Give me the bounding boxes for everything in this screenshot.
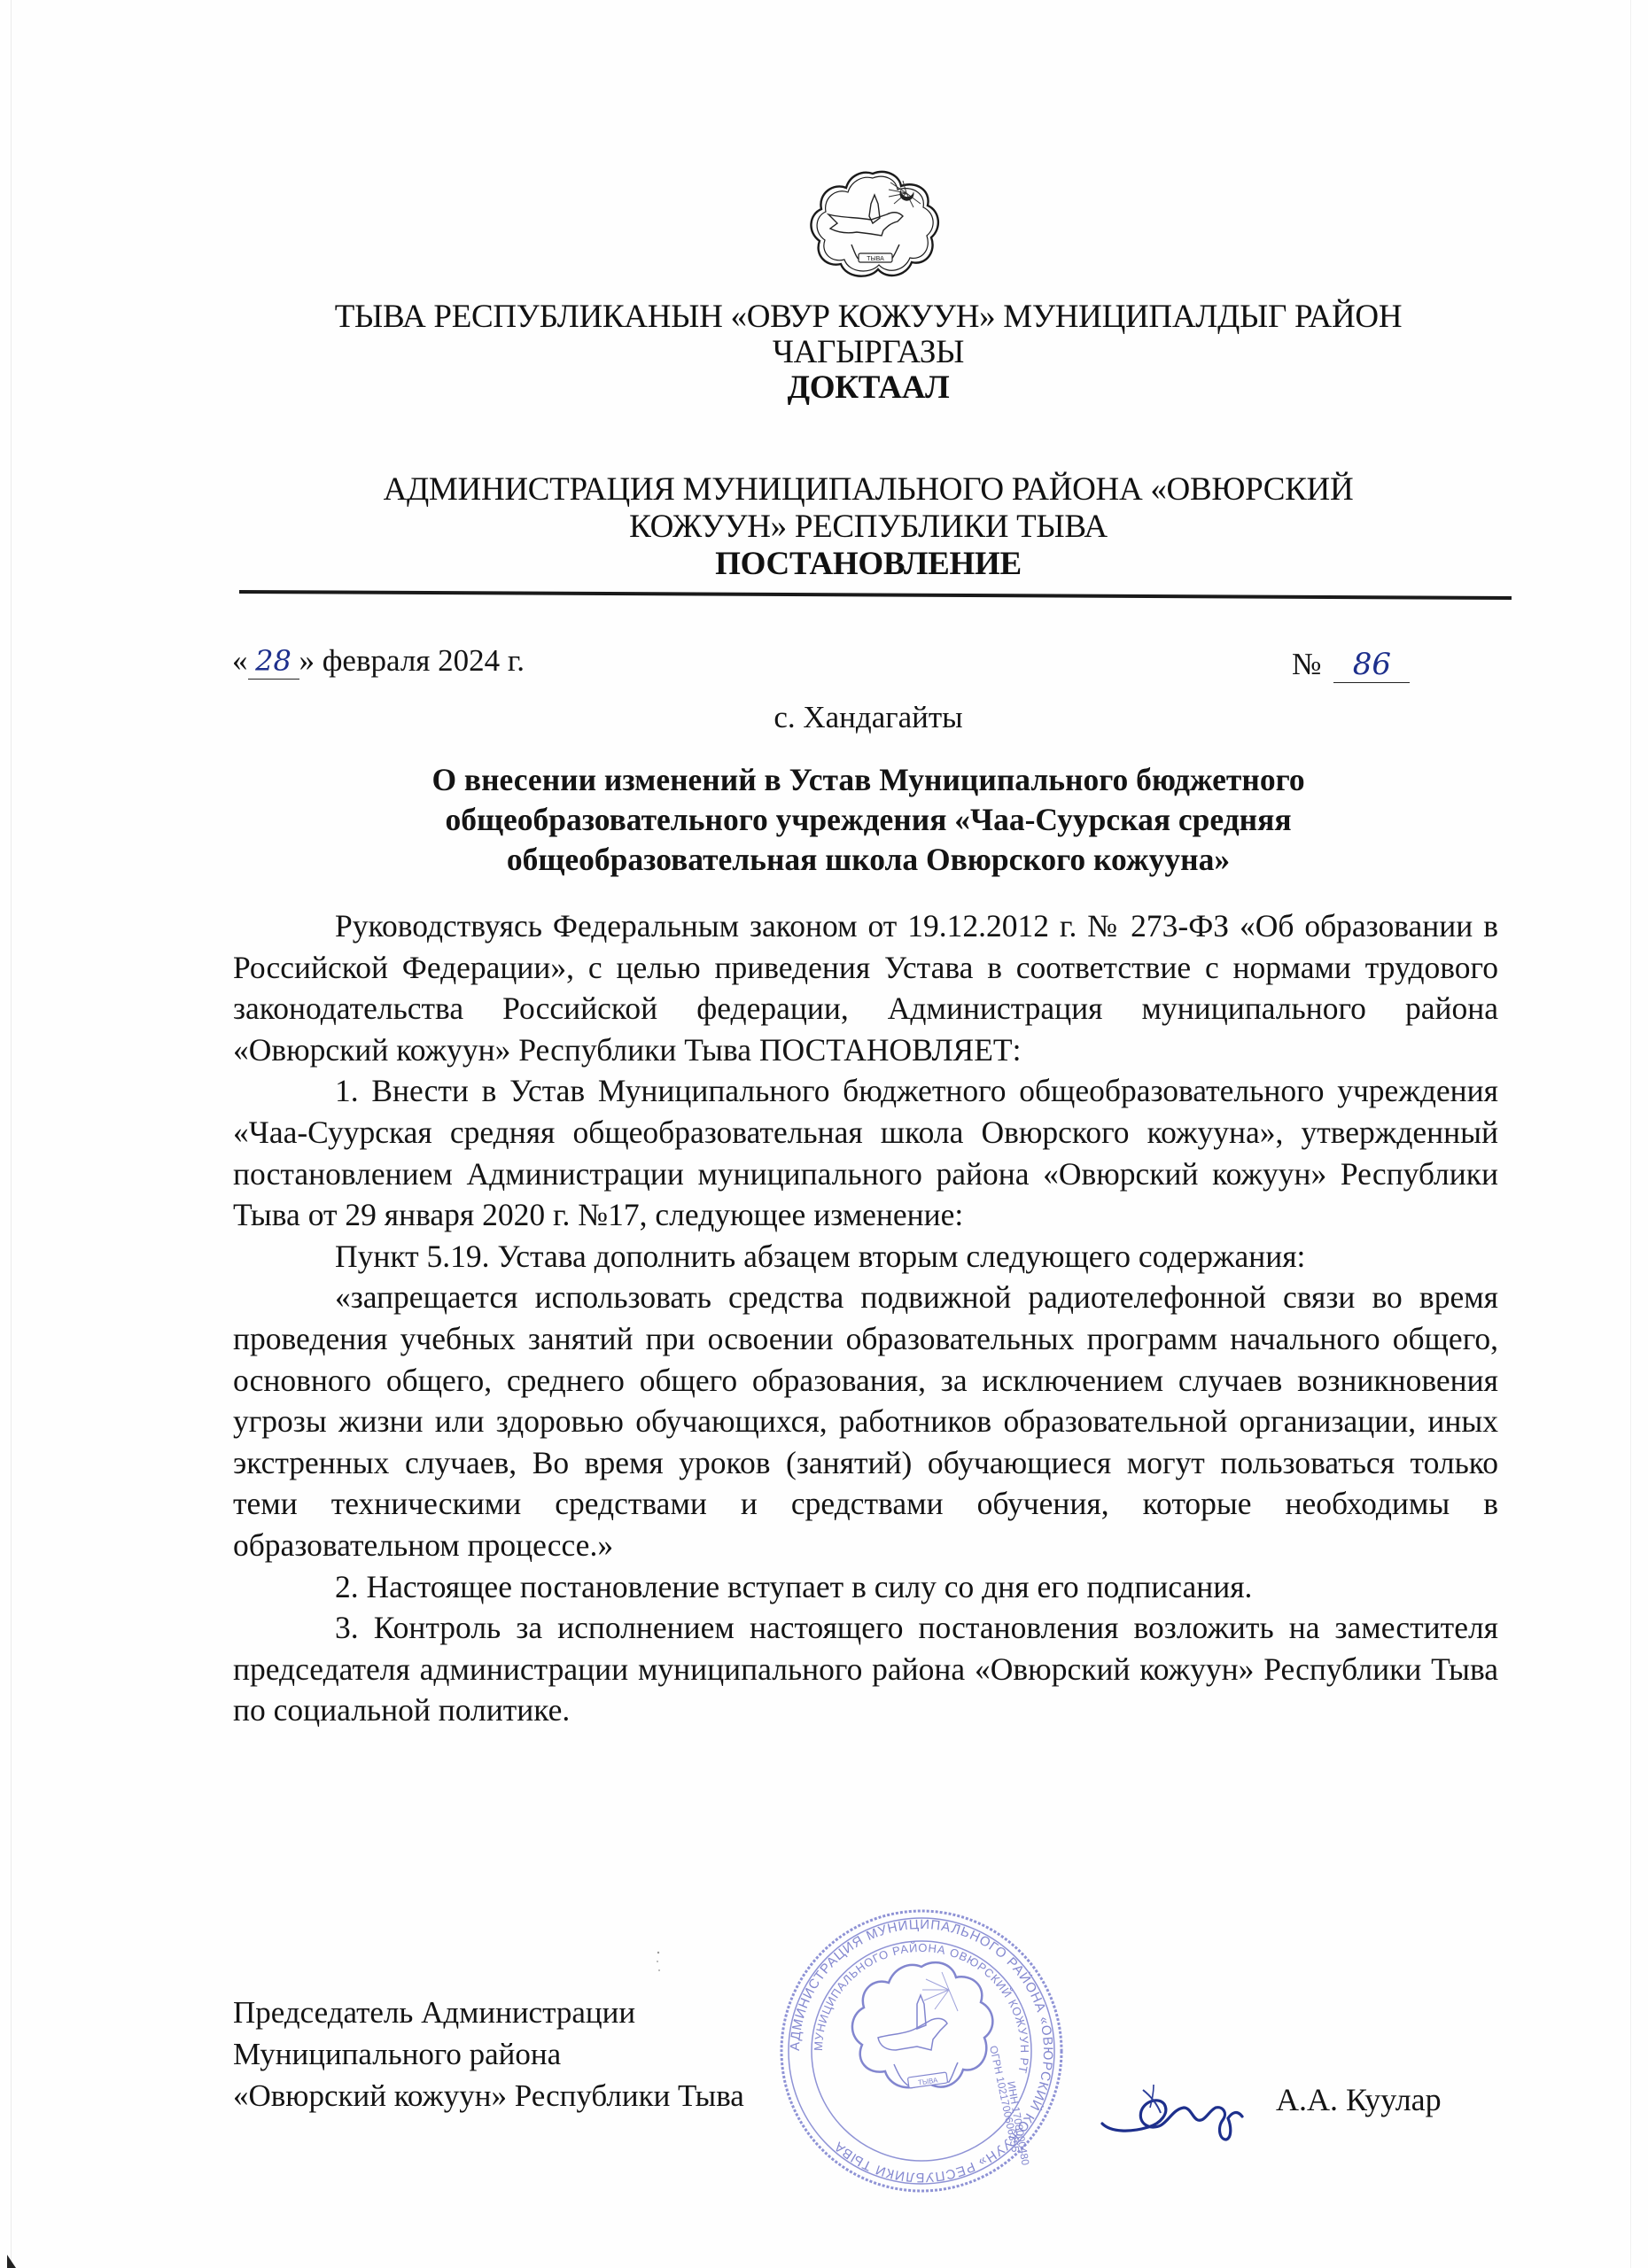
signatory-name: А.А. Куулар — [1276, 2082, 1442, 2117]
title-line-2: общеобразовательного учреждения «Чаа-Суу… — [292, 800, 1444, 840]
signatory-position-line-2: Муниципального района — [233, 2033, 744, 2075]
scan-speck — [656, 1949, 661, 1976]
scanned-document-page: ТЫВА ТЫВА РЕСПУБЛИКАНЫН «ОВУР КОЖУУН» МУ… — [0, 0, 1648, 2268]
date-open-quote: « — [232, 643, 248, 678]
document-date: «28» февраля 2024 г. — [232, 643, 525, 680]
scan-edge-right — [1630, 0, 1631, 2268]
title-line-3: общеобразовательная школа Овюрского кожу… — [292, 840, 1444, 880]
item-3-paragraph: 3. Контроль за исполнением настоящего по… — [233, 1607, 1498, 1731]
title-line-1: О внесении изменений в Устав Муниципальн… — [292, 760, 1444, 800]
scan-edge-left — [11, 0, 12, 2268]
header-russian-doc-type: ПОСТАНОВЛЕНИЕ — [213, 547, 1524, 582]
number-label: № — [1292, 647, 1321, 681]
document-place: с. Хандагайты — [213, 700, 1524, 735]
document-body: Руководствуясь Федеральным законом от 19… — [233, 905, 1498, 1731]
scan-corner-mark — [7, 2255, 16, 2268]
header-russian-line-1: АДМИНИСТРАЦИЯ МУНИЦИПАЛЬНОГО РАЙОНА «ОВЮ… — [213, 472, 1524, 508]
signatory-position: Председатель Администрации Муниципальног… — [233, 1992, 744, 2117]
emblem-banner-text: ТЫВА — [867, 256, 884, 262]
preamble-paragraph: Руководствуясь Федеральным законом от 19… — [233, 905, 1498, 1070]
handwritten-signature-icon — [1099, 2078, 1258, 2148]
clause-5-19-paragraph: Пункт 5.19. Устава дополнить абзацем вто… — [233, 1236, 1498, 1278]
tuva-emblem-icon: ТЫВА — [802, 168, 944, 283]
signatory-position-line-1: Председатель Администрации — [233, 1992, 744, 2033]
document-number: №86 — [1292, 647, 1410, 683]
signatory-position-line-3: «Овюрский кожуун» Республики Тыва — [233, 2075, 744, 2117]
item-2-paragraph: 2. Настоящее постановление вступает в си… — [233, 1566, 1498, 1608]
header-tuvan-line-2: ЧАГЫРГАЗЫ — [213, 335, 1524, 370]
official-seal-icon: АДМИНИСТРАЦИЯ МУНИЦИПАЛЬНОГО РАЙОНА «ОВЮ… — [775, 1905, 1068, 2197]
quoted-amendment-paragraph: «запрещается использовать средства подви… — [233, 1277, 1498, 1565]
stamp-banner-text: ТЫВА — [918, 2076, 939, 2086]
header-russian-line-2: КОЖУУН» РЕСПУБЛИКИ ТЫВА — [213, 509, 1524, 545]
item-1-paragraph: 1. Внести в Устав Муниципального бюджетн… — [233, 1070, 1498, 1235]
document-title: О внесении изменений в Устав Муниципальн… — [292, 760, 1444, 880]
header-divider — [239, 590, 1512, 600]
date-month-year: » февраля 2024 г. — [299, 643, 525, 678]
date-day-handwritten: 28 — [248, 643, 299, 680]
header-tuvan-line-1: ТЫВА РЕСПУБЛИКАНЫН «ОВУР КОЖУУН» МУНИЦИП… — [213, 299, 1524, 335]
number-value-handwritten: 86 — [1333, 647, 1410, 683]
header-tuvan-doc-type: ДОКТААЛ — [213, 370, 1524, 406]
